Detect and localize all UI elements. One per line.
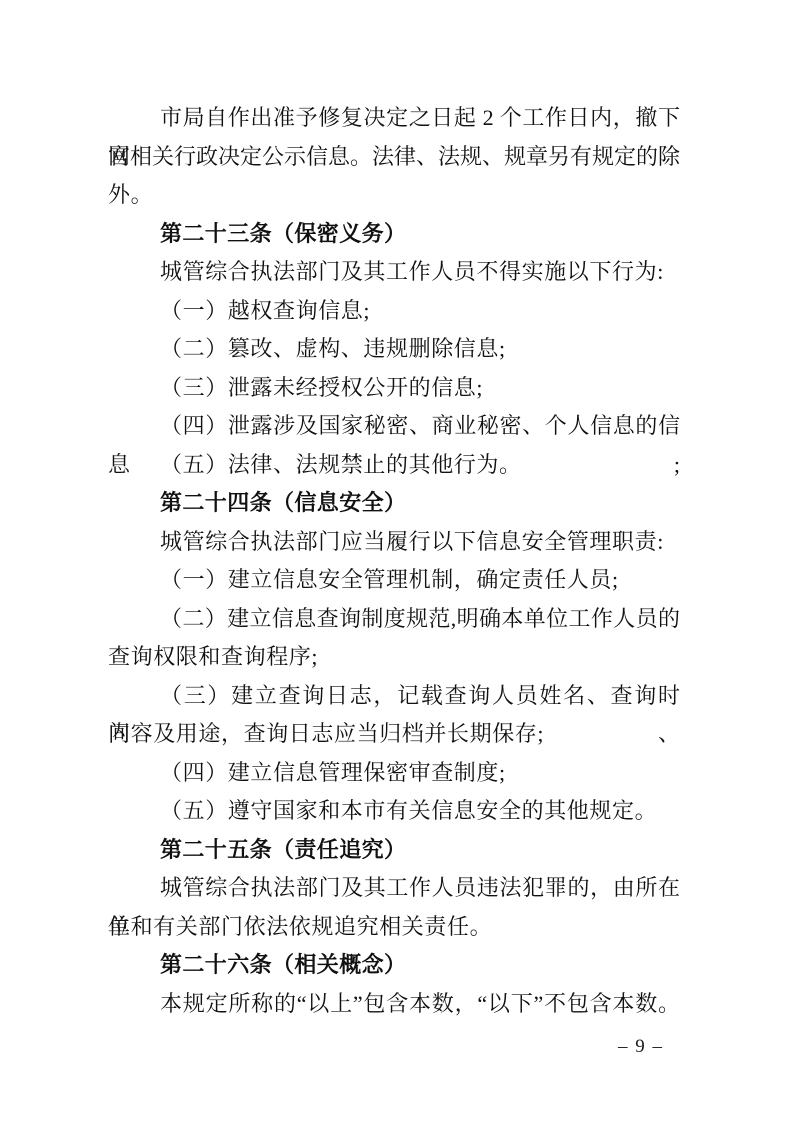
document-line: 城管综合执法部门应当履行以下信息安全管理职责: bbox=[108, 523, 680, 562]
document-line: 位和有关部门依法依规追究相关责任。 bbox=[108, 908, 680, 947]
document-line: 本规定所称的“以上”包含本数，“以下”不包含本数。 bbox=[108, 985, 680, 1024]
document-line: （一）建立信息安全管理机制，确定责任人员; bbox=[108, 561, 680, 600]
document-line: （五）遵守国家和本市有关信息安全的其他规定。 bbox=[108, 792, 680, 831]
article-heading: 第二十三条（保密义务） bbox=[108, 215, 680, 254]
document-line: （三）泄露未经授权公开的信息; bbox=[108, 369, 680, 408]
document-body: 市局自作出准予修复决定之日起 2 个工作日内，撤下官网相关行政决定公示信息。法律… bbox=[108, 99, 680, 1023]
document-line: 城管综合执法部门及其工作人员违法犯罪的，由所在单 bbox=[108, 869, 680, 908]
article-heading: 第二十五条（责任追究） bbox=[108, 831, 680, 870]
document-line: （二）篡改、虚构、违规删除信息; bbox=[108, 330, 680, 369]
document-line: （四）建立信息管理保密审查制度; bbox=[108, 754, 680, 793]
document-line: （三）建立查询日志，记载查询人员姓名、查询时间、 bbox=[108, 677, 680, 716]
article-heading: 第二十六条（相关概念） bbox=[108, 946, 680, 985]
document-line: 城管综合执法部门及其工作人员不得实施以下行为: bbox=[108, 253, 680, 292]
document-line: 外。 bbox=[108, 176, 680, 215]
document-line: 市局自作出准予修复决定之日起 2 个工作日内，撤下官 bbox=[108, 99, 680, 138]
document-line: （四）泄露涉及国家秘密、商业秘密、个人信息的信息; bbox=[108, 407, 680, 446]
document-line: （一）越权查询信息; bbox=[108, 292, 680, 331]
document-line: 网相关行政决定公示信息。法律、法规、规章另有规定的除 bbox=[108, 138, 680, 177]
document-page: 市局自作出准予修复决定之日起 2 个工作日内，撤下官网相关行政决定公示信息。法律… bbox=[0, 0, 793, 1122]
document-line: （二）建立信息查询制度规范,明确本单位工作人员的 bbox=[108, 600, 680, 639]
document-line: 查询权限和查询程序; bbox=[108, 638, 680, 677]
article-heading: 第二十四条（信息安全） bbox=[108, 484, 680, 523]
page-number: – 9 – bbox=[618, 1036, 688, 1058]
